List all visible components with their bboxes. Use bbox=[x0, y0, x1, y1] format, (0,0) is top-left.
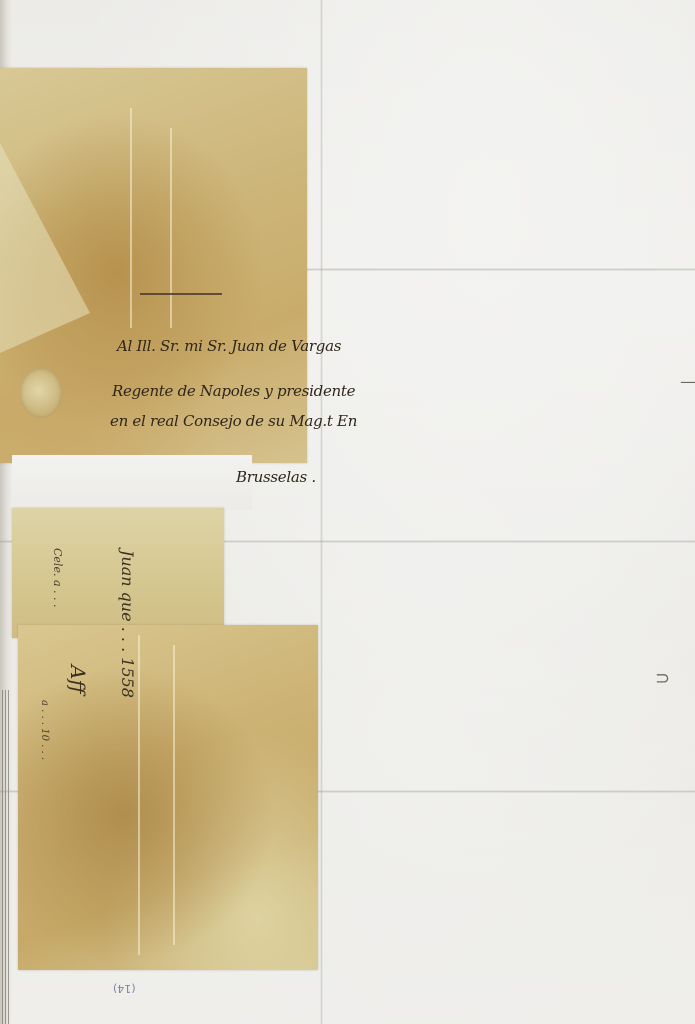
pencil-folio-number: (14) bbox=[113, 982, 136, 995]
manuscript-sheet: Al Ill. Sr. mi Sr. Juan de Vargas Regent… bbox=[0, 0, 695, 1024]
conservation-tissue-patch-top bbox=[0, 68, 307, 463]
margin-ink-mark: — bbox=[680, 372, 695, 391]
docket-note-4: a . . . 10 . . . bbox=[39, 700, 50, 760]
ink-rule-line bbox=[140, 293, 222, 295]
wax-seal-impression bbox=[20, 368, 62, 418]
tissue-crease bbox=[170, 128, 172, 328]
vertical-fold-line bbox=[320, 0, 323, 1024]
address-line-2: Regente de Napoles y presidente bbox=[112, 382, 355, 400]
tissue-crease bbox=[173, 645, 175, 945]
tissue-crease bbox=[130, 108, 132, 328]
margin-ink-mark: ⊃ bbox=[655, 668, 670, 689]
address-line-4: Brusselas . bbox=[236, 468, 316, 486]
docket-note-3: Aff bbox=[66, 665, 90, 694]
stacked-page-edges bbox=[2, 690, 10, 1024]
envelope-flap-fold bbox=[0, 143, 90, 353]
address-line-3: en el real Consejo de su Mag.t En bbox=[110, 412, 357, 430]
address-line-1: Al Ill. Sr. mi Sr. Juan de Vargas bbox=[117, 337, 341, 355]
paper-strip bbox=[12, 455, 252, 510]
tissue-crease bbox=[138, 635, 140, 955]
docket-note-1: Juan que . . . 1558 bbox=[118, 550, 137, 698]
conservation-tissue-patch-bottom bbox=[18, 625, 318, 970]
docket-note-2: Cele. a . . . bbox=[51, 548, 64, 608]
